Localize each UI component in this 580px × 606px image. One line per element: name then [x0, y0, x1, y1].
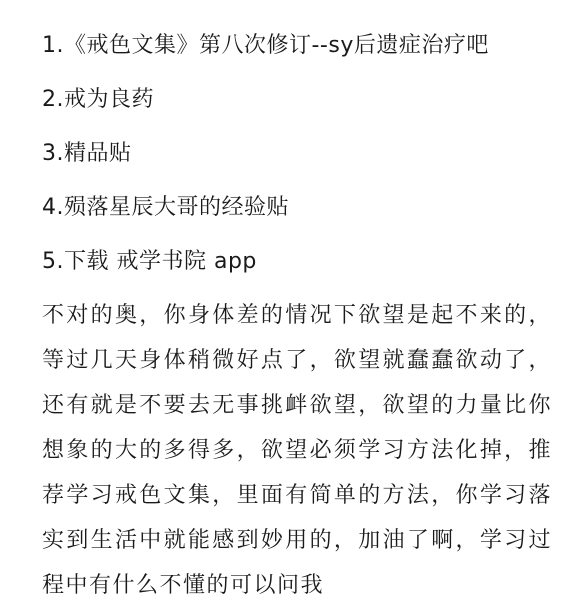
- list-item: 3.精品贴: [42, 138, 489, 192]
- list-item: 2.戒为良药: [42, 84, 489, 138]
- resource-list: 1.《戒色文集》第八次修订--sy后遗症治疗吧 2.戒为良药 3.精品贴 4.殒…: [42, 30, 489, 300]
- list-item: 1.《戒色文集》第八次修订--sy后遗症治疗吧: [42, 30, 489, 84]
- advice-paragraph: 不对的奥，你身体差的情况下欲望是起不来的，等过几天身体稍微好点了，欲望就蠢蠢欲动…: [42, 293, 552, 606]
- document: 1.《戒色文集》第八次修订--sy后遗症治疗吧 2.戒为良药 3.精品贴 4.殒…: [0, 0, 580, 606]
- list-item: 5.下载 戒学书院 app: [42, 246, 489, 300]
- list-item: 4.殒落星辰大哥的经验贴: [42, 192, 489, 246]
